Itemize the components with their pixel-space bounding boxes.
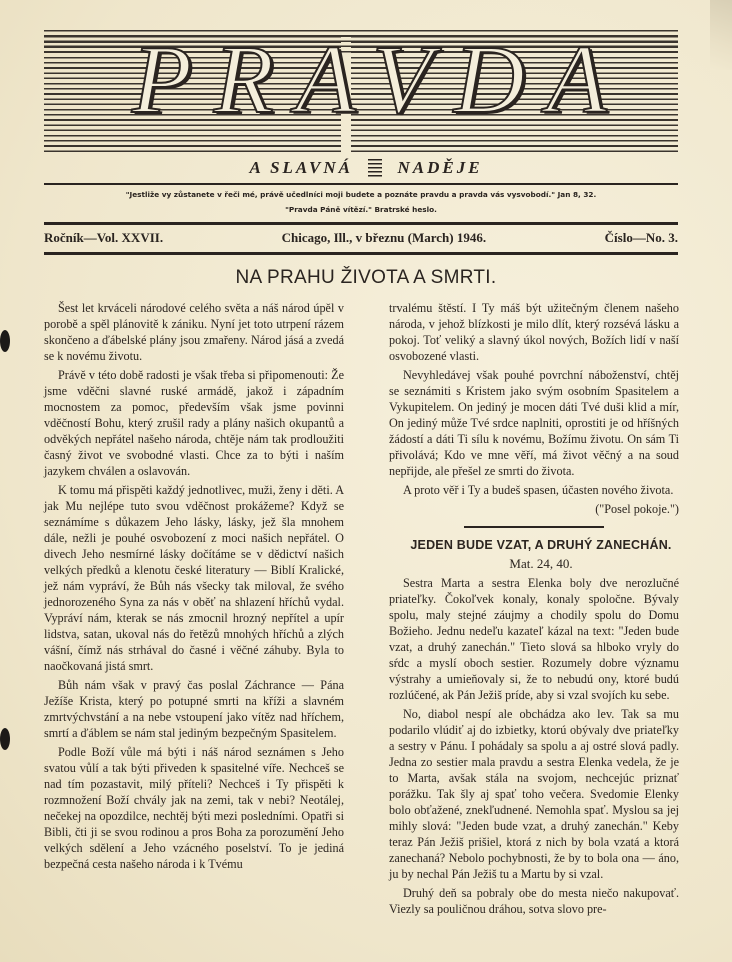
masthead-subtitle: A SLAVNÁ NADĚJE xyxy=(0,158,732,179)
divider-rule xyxy=(44,252,678,255)
divider-rule xyxy=(44,222,678,225)
paragraph: No, diabol nespí ale obchádza ako lev. T… xyxy=(389,706,679,882)
binding-hole xyxy=(0,728,10,750)
binding-hole xyxy=(0,330,10,352)
paragraph: Nevyhledávej však pouhé povrchní nábožen… xyxy=(389,367,679,479)
paragraph: Šest let krváceli národové celého světa … xyxy=(44,300,344,364)
section-divider xyxy=(464,526,604,528)
masthead-title-right: VDA xyxy=(372,30,629,130)
column-left: Šest let krváceli národové celého světa … xyxy=(44,300,344,875)
paragraph: Bůh nám však v pravý čas poslal Záchranc… xyxy=(44,677,344,741)
issue-number-label: Číslo—No. 3. xyxy=(605,230,678,246)
subtitle-left: A SLAVNÁ xyxy=(249,158,353,177)
paragraph: trvalému štěstí. I Ty máš být užitečným … xyxy=(389,300,679,364)
paragraph: A proto věř i Ty a budeš spasen, účasten… xyxy=(389,482,679,498)
source-attribution: ("Posel pokoje.") xyxy=(581,501,679,517)
motto-line-2: "Pravda Páně vítězí." Bratrské heslo. xyxy=(44,203,678,217)
issue-info-bar: Ročník—Vol. XXVII. Chicago, Ill., v břez… xyxy=(44,229,678,247)
masthead-title-left: PRA xyxy=(132,30,378,130)
masthead: PRA VDA xyxy=(44,30,678,155)
volume-label: Ročník—Vol. XXVII. xyxy=(44,230,163,246)
motto-line-1: "Jestliže vy zůstanete v řeči mé, právě … xyxy=(44,188,678,202)
source-attribution-row: ("Posel pokoje.") xyxy=(389,501,679,517)
cross-ornament-icon xyxy=(368,159,382,179)
newspaper-page: PRA VDA A SLAVNÁ NADĚJE "Jestliže vy zůs… xyxy=(0,0,732,962)
paragraph: Podle Boží vůle má býti i náš národ sezn… xyxy=(44,744,344,872)
divider-rule xyxy=(44,183,678,185)
place-date-label: Chicago, Ill., v březnu (March) 1946. xyxy=(282,230,487,246)
page-curl xyxy=(710,0,732,70)
article-title: NA PRAHU ŽIVOTA A SMRTI. xyxy=(0,267,732,289)
column-right: trvalému štěstí. I Ty máš být užitečným … xyxy=(389,300,679,920)
subtitle-right: NADĚJE xyxy=(397,158,482,177)
paragraph: Sestra Marta a sestra Elenka boly dve ne… xyxy=(389,575,679,703)
paragraph: Právě v této době radosti je však třeba … xyxy=(44,367,344,479)
article2-reference: Mat. 24, 40. xyxy=(389,556,679,572)
article2-title: JEDEN BUDE VZAT, A DRUHÝ ZANECHÁN. xyxy=(389,537,679,553)
paragraph: Druhý deň sa pobraly obe do mesta niečo … xyxy=(389,885,679,917)
paragraph: K tomu má přispěti každý jednotlivec, mu… xyxy=(44,482,344,674)
